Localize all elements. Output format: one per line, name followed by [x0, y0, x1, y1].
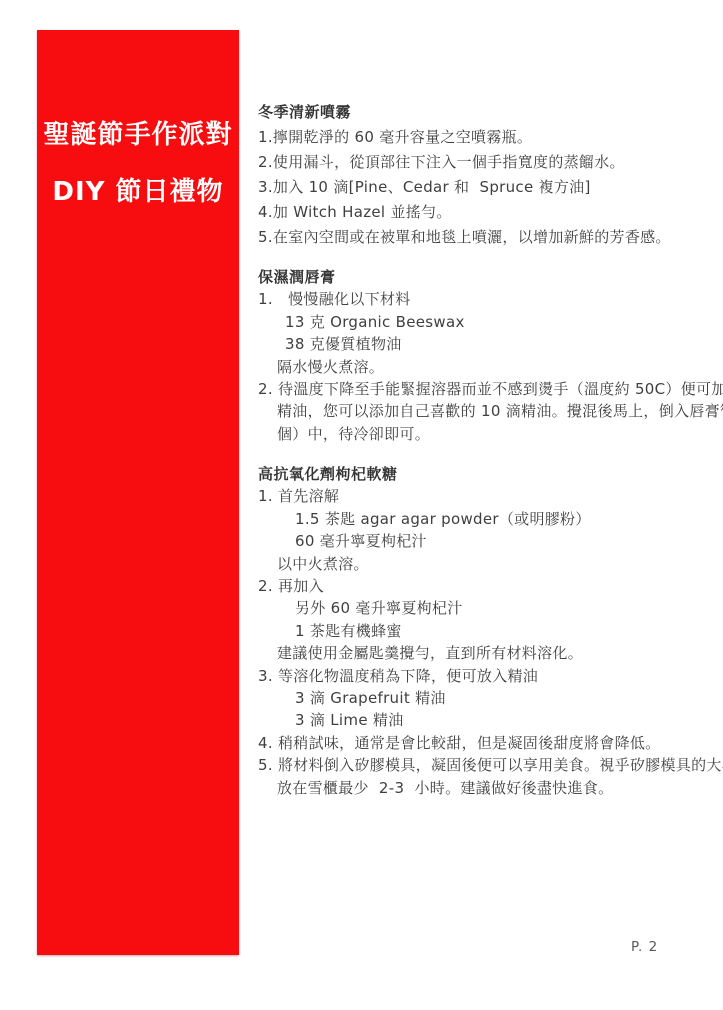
- recipe-line: 38 克優質植物油: [285, 333, 718, 355]
- recipe-line: 5. 將材料倒入矽膠模具，凝固後便可以享用美食。視乎矽膠模具的大小，一般: [258, 754, 718, 776]
- recipe-line: 2.使用漏斗，從頂部往下注入一個手指寬度的蒸餾水。: [258, 150, 718, 175]
- recipe-line: 4. 稍稍試味，通常是會比較甜，但是凝固後甜度將會降低。: [258, 732, 718, 754]
- recipe-line: 1.擰開乾淨的 60 毫升容量之空噴霧瓶。: [258, 125, 718, 150]
- recipe-line: 3 滴 Lime 精油: [295, 709, 718, 731]
- recipe-line: 建議使用金屬匙羹攪勻，直到所有材料溶化。: [277, 642, 718, 664]
- recipe-line: 2. 再加入: [258, 575, 718, 597]
- recipe-line: 1.5 茶匙 agar agar powder（或明膠粉）: [295, 508, 718, 530]
- recipe-line: 13 克 Organic Beeswax: [285, 311, 718, 333]
- section-heading: 高抗氧化劑枸杞軟糖: [258, 463, 718, 485]
- recipe-line: 1 茶匙有機蜂蜜: [295, 620, 718, 642]
- section-heading: 保濕潤唇膏: [258, 266, 718, 288]
- page-number: P. 2: [631, 939, 658, 955]
- recipe-section-2: 保濕潤唇膏1. 慢慢融化以下材料13 克 Organic Beeswax38 克…: [258, 266, 718, 445]
- recipe-line: 3.加入 10 滴[Pine、Cedar 和 Spruce 複方油]: [258, 175, 718, 200]
- recipe-line: 1. 慢慢融化以下材料: [258, 288, 718, 310]
- recipe-line: 4.加 Witch Hazel 並搖勻。: [258, 200, 718, 225]
- recipe-section-3: 高抗氧化劑枸杞軟糖1. 首先溶解1.5 茶匙 agar agar powder（…: [258, 463, 718, 799]
- red-sidebar: 聖誕節手作派對 DIY 節日禮物: [37, 30, 239, 955]
- document-page: 聖誕節手作派對 DIY 節日禮物 冬季清新噴霧1.擰開乾淨的 60 毫升容量之空…: [0, 0, 723, 1010]
- recipe-line: 5.在室內空間或在被單和地毯上噴灑，以增加新鮮的芳香感。: [258, 225, 718, 250]
- recipe-line: 放在雪櫃最少 2-3 小時。建議做好後盡快進食。: [277, 777, 718, 799]
- section-heading: 冬季清新噴霧: [258, 100, 718, 125]
- recipe-line: 60 毫升寧夏枸杞汁: [295, 530, 718, 552]
- recipe-line: 另外 60 毫升寧夏枸杞汁: [295, 597, 718, 619]
- recipe-section-1: 冬季清新噴霧1.擰開乾淨的 60 毫升容量之空噴霧瓶。2.使用漏斗，從頂部往下注…: [258, 100, 718, 250]
- recipe-line: 3 滴 Grapefruit 精油: [295, 687, 718, 709]
- recipe-line: 精油，您可以添加自己喜歡的 10 滴精油。攪混後馬上，倒入唇膏管（10: [277, 400, 718, 422]
- sidebar-title-line2: DIY 節日禮物: [37, 164, 239, 221]
- recipe-line: 以中火煮溶。: [277, 553, 718, 575]
- recipe-line: 3. 等溶化物溫度稍為下降，便可放入精油: [258, 665, 718, 687]
- recipe-line: 2. 待溫度下降至手能緊握溶器而並不感到燙手（溫度約 50C）便可加入自選: [258, 378, 718, 400]
- sidebar-title-line1: 聖誕節手作派對: [37, 107, 239, 164]
- recipe-line: 1. 首先溶解: [258, 485, 718, 507]
- sidebar-title: 聖誕節手作派對 DIY 節日禮物: [37, 107, 239, 221]
- recipe-line: 個）中，待冷卻即可。: [277, 423, 718, 445]
- recipe-line: 隔水慢火煮溶。: [277, 356, 718, 378]
